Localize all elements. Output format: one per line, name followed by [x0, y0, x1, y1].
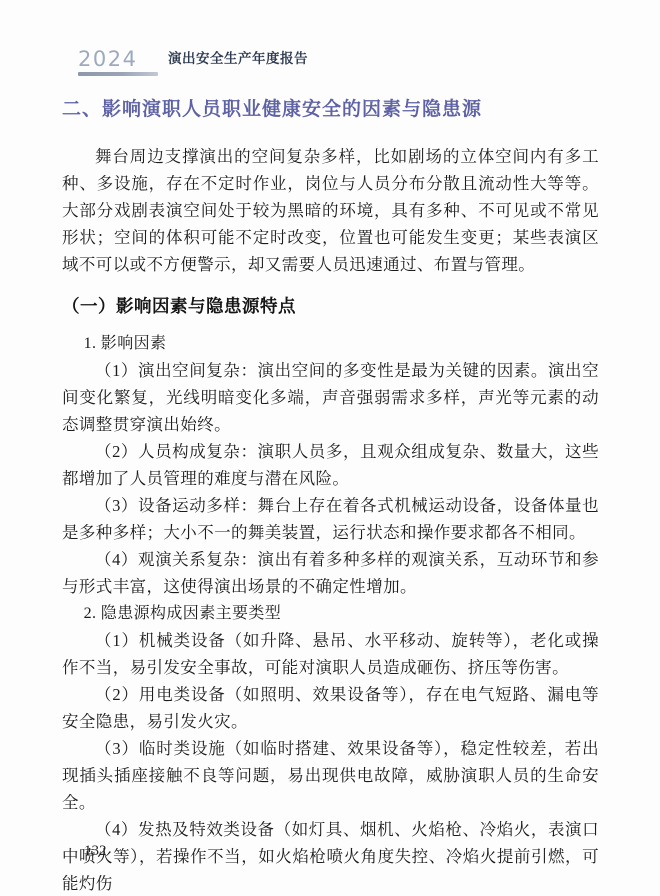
header-report-name: 演出安全生产年度报告 — [168, 49, 308, 76]
factor-item-3: （3）设备运动多样：舞台上存在着各式机械运动设备，设备体量也是多种多样；大小不一… — [62, 492, 599, 546]
intro-paragraph: 舞台周边支撑演出的空间复杂多样，比如剧场的立体空间内有多工种、多设施，存在不定时… — [62, 143, 599, 278]
hazard-item-4: （4）发热及特效类设备（如灯具、烟机、火焰枪、冷焰火，表演口中喷火等），若操作不… — [62, 816, 599, 896]
body-text: 舞台周边支撑演出的空间复杂多样，比如剧场的立体空间内有多工种、多设施，存在不定时… — [62, 143, 599, 896]
factor-item-4: （4）观演关系复杂：演出有着多种多样的观演关系，互动环节和参与形式丰富，这使得演… — [62, 546, 599, 600]
section-heading: （一）影响因素与隐患源特点 — [62, 292, 599, 321]
hazard-item-2: （2）用电类设备（如照明、效果设备等），存在电气短路、漏电等安全隐患，易引发火灾… — [62, 681, 599, 735]
header-year: 2024 — [78, 48, 158, 70]
hazard-item-3: （3）临时类设施（如临时搭建、效果设备等），稳定性较差，若出现插头插座接触不良等… — [62, 735, 599, 816]
header-underline-bar — [78, 72, 158, 76]
factor-item-1: （1）演出空间复杂：演出空间的多变性是最为关键的因素。演出空间变化繁复，光线明暗… — [62, 357, 599, 438]
factor-item-2: （2）人员构成复杂：演职人员多，且观众组成复杂、数量大，这些都增加了人员管理的难… — [62, 438, 599, 492]
hazard-item-1: （1）机械类设备（如升降、悬吊、水平移动、旋转等），老化或操作不当，易引发安全事… — [62, 627, 599, 681]
page-number: 132 — [84, 843, 107, 860]
subsection2-heading: 2. 隐患源构成因素主要类型 — [62, 600, 599, 627]
running-header: 2024 演出安全生产年度报告 — [78, 48, 308, 76]
document-page: 2024 演出安全生产年度报告 二、影响演职人员职业健康安全的因素与隐患源 舞台… — [0, 0, 660, 896]
subsection1-heading: 1. 影响因素 — [62, 330, 599, 357]
chapter-title: 二、影响演职人员职业健康安全的因素与隐患源 — [62, 96, 598, 123]
header-year-block: 2024 — [78, 48, 158, 76]
